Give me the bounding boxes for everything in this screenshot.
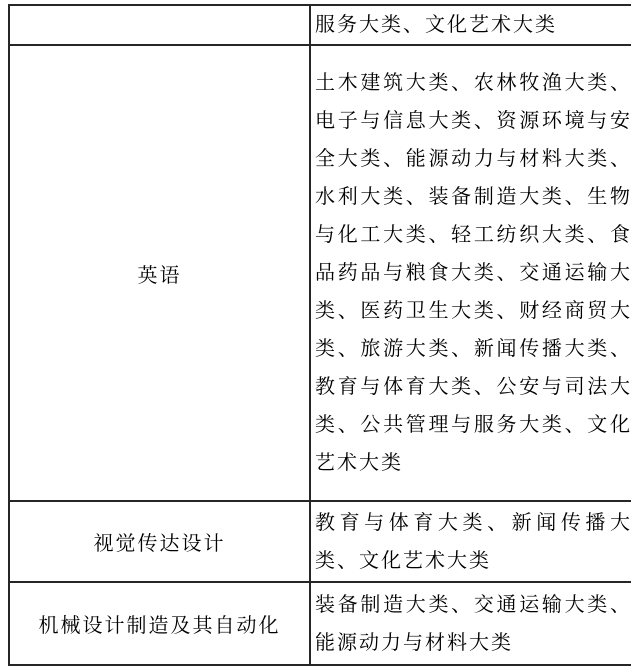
table-row-partial-top: 服务大类、文化艺术大类 <box>9 5 631 45</box>
categories-cell: 服务大类、文化艺术大类 <box>310 5 631 45</box>
major-cell: 视觉传达设计 <box>9 501 310 582</box>
table-row-mechanical-design-automation: 机械设计制造及其自动化 装备制造大类、交通运输大类、能源动力与材料大类 <box>9 582 631 665</box>
major-cell: 英语 <box>9 45 310 501</box>
categories-cell: 装备制造大类、交通运输大类、能源动力与材料大类 <box>310 582 631 665</box>
majors-categories-table: 服务大类、文化艺术大类 英语 土木建筑大类、农林牧渔大类、电子与信息大类、资源环… <box>8 4 631 666</box>
major-cell <box>9 5 310 45</box>
categories-cell: 教育与体育大类、新闻传播大类、文化艺术大类 <box>310 501 631 582</box>
major-cell: 机械设计制造及其自动化 <box>9 582 310 665</box>
categories-cell: 土木建筑大类、农林牧渔大类、电子与信息大类、资源环境与安全大类、能源动力与材料大… <box>310 45 631 501</box>
table-row-visual-communication-design: 视觉传达设计 教育与体育大类、新闻传播大类、文化艺术大类 <box>9 501 631 582</box>
table-row-english: 英语 土木建筑大类、农林牧渔大类、电子与信息大类、资源环境与安全大类、能源动力与… <box>9 45 631 501</box>
